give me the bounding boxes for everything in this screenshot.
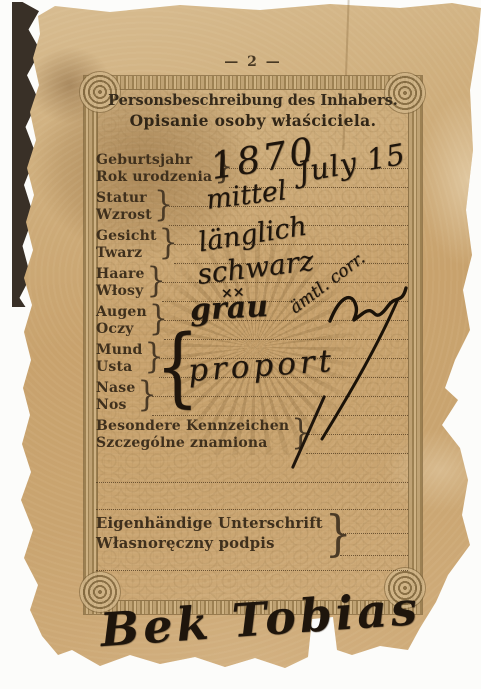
field-label-de: Haare (96, 266, 145, 282)
field-label-de: Geburtsjahr (96, 152, 212, 168)
printed-brace: } (325, 509, 338, 560)
ink-flourish (300, 295, 410, 445)
signature-field-row: Eigenhändige Unterschrift Własnoręczny p… (96, 512, 408, 556)
field-label-pl: Szczególne znamiona (96, 435, 289, 451)
entry-line (96, 456, 408, 483)
field-label-de: Augen (96, 304, 147, 320)
field-label-pl: Rok urodzenia (96, 169, 212, 185)
page-title-german: Personsbeschreibung des Inhabers. (90, 92, 416, 109)
field-label-pl: Twarz (96, 245, 157, 261)
printed-brace: } (137, 375, 150, 419)
signature-label-de: Eigenhändige Unterschrift (96, 514, 323, 534)
field-label-de: Besondere Kennzeichen (96, 418, 289, 434)
handwritten-eyes: grau (189, 289, 269, 328)
extra-entry-lines (96, 456, 408, 510)
signature-label-pl: Własnoręczny podpis (96, 534, 323, 554)
page-title-polish: Opisanie osoby właściciela. (90, 111, 416, 130)
entry-line (96, 483, 408, 510)
field-label-de: Nase (96, 380, 135, 396)
page-number: — 2 — (84, 54, 422, 70)
field-label-pl: Oczy (96, 321, 147, 337)
field-label-pl: Nos (96, 397, 135, 413)
field-label-de: Statur (96, 190, 152, 206)
scanned-passport-page: — 2 — Personsbeschreibung des Inhabers. … (0, 0, 481, 689)
field-label-de: Gesicht (96, 228, 157, 244)
field-label-pl: Wzrost (96, 207, 152, 223)
entry-line (96, 562, 408, 571)
field-label-pl: Usta (96, 359, 142, 375)
field-label-pl: Włosy (96, 283, 145, 299)
field-label-de: Mund (96, 342, 142, 358)
